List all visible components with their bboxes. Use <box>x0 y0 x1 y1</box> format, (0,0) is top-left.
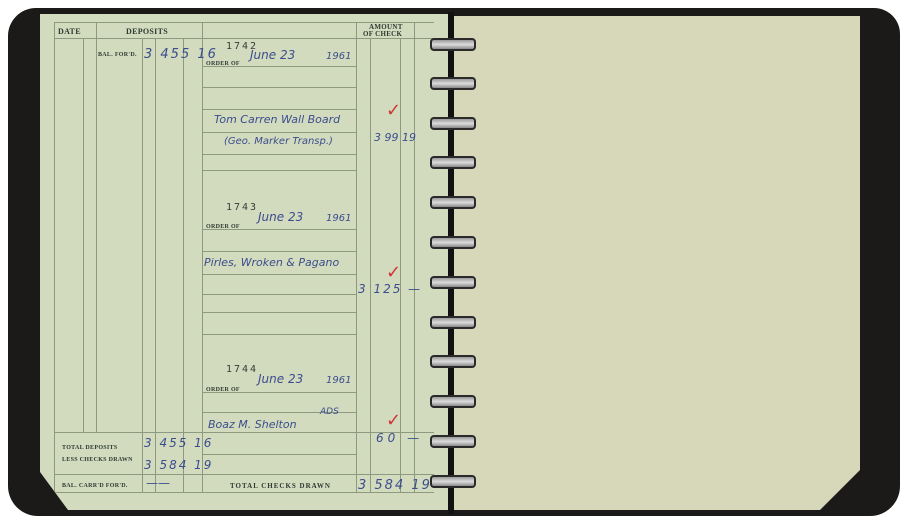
check-payee: Tom Carren Wall Board <box>214 113 340 126</box>
spiral-ring-icon <box>430 276 476 289</box>
order-of-label: ORDER OF <box>206 224 240 230</box>
bal-carried-value: —— <box>146 476 170 490</box>
total-deposits-value: 3 455 16 <box>144 436 213 450</box>
less-checks-value: 3 584 19 <box>144 458 213 472</box>
spiral-ring-icon <box>430 236 476 249</box>
check-date: June 23 <box>258 210 303 224</box>
spiral-ring-icon <box>430 316 476 329</box>
check-date: June 23 <box>250 48 295 62</box>
check-payee-note: (Geo. Marker Transp.) <box>224 136 333 147</box>
cleared-check-mark-icon: ✓ <box>386 100 401 121</box>
header-deposits: DEPOSITS <box>126 27 168 36</box>
less-checks-label: LESS CHECKS DRAWN <box>62 457 133 463</box>
header-date: DATE <box>58 27 81 36</box>
spiral-ring-icon <box>430 395 476 408</box>
spiral-ring-icon <box>430 38 476 51</box>
check-number: 1744 <box>226 364 258 375</box>
bal-forward-label: BAL. FOR'D. <box>98 52 137 58</box>
order-of-label: ORDER OF <box>206 387 240 393</box>
total-deposits-label: TOTAL DEPOSITS <box>62 445 118 451</box>
spiral-ring-icon <box>430 196 476 209</box>
check-payee: Boaz M. Shelton <box>208 418 297 431</box>
check-year: 1961 <box>326 51 351 62</box>
check-amount: 3 125 — <box>358 282 422 296</box>
bal-forward-value: 3 455 16 <box>144 47 218 62</box>
check-number: 1743 <box>226 202 258 213</box>
check-payee: Pirles, Wroken & Pagano <box>204 256 339 269</box>
bal-carried-label: BAL. CARR'D FOR'D. <box>62 483 128 489</box>
ledger-page-left: DATE DEPOSITS AMOUNT OF CHECK BAL. FOR'D… <box>40 14 448 510</box>
cleared-check-mark-icon: ✓ <box>386 410 401 431</box>
check-amount: 60 — <box>376 431 423 445</box>
order-of-label: ORDER OF <box>206 61 240 67</box>
spiral-ring-icon <box>430 355 476 368</box>
ledger-page-right-blank <box>448 16 860 510</box>
spiral-ring-icon <box>430 77 476 90</box>
check-payee-note: ADS <box>320 407 339 417</box>
check-date: June 23 <box>258 372 303 386</box>
total-checks-value: 3 584 19 <box>358 478 432 493</box>
cleared-check-mark-icon: ✓ <box>386 262 401 283</box>
spiral-ring-icon <box>430 475 476 488</box>
spiral-ring-icon <box>430 156 476 169</box>
header-of-check: OF CHECK <box>363 30 402 38</box>
total-checks-label: TOTAL CHECKS DRAWN <box>230 482 331 490</box>
check-year: 1961 <box>326 213 351 224</box>
spiral-ring-icon <box>430 435 476 448</box>
check-year: 1961 <box>326 375 351 386</box>
check-amount: 3 99 19 <box>374 131 416 144</box>
spiral-ring-icon <box>430 117 476 130</box>
